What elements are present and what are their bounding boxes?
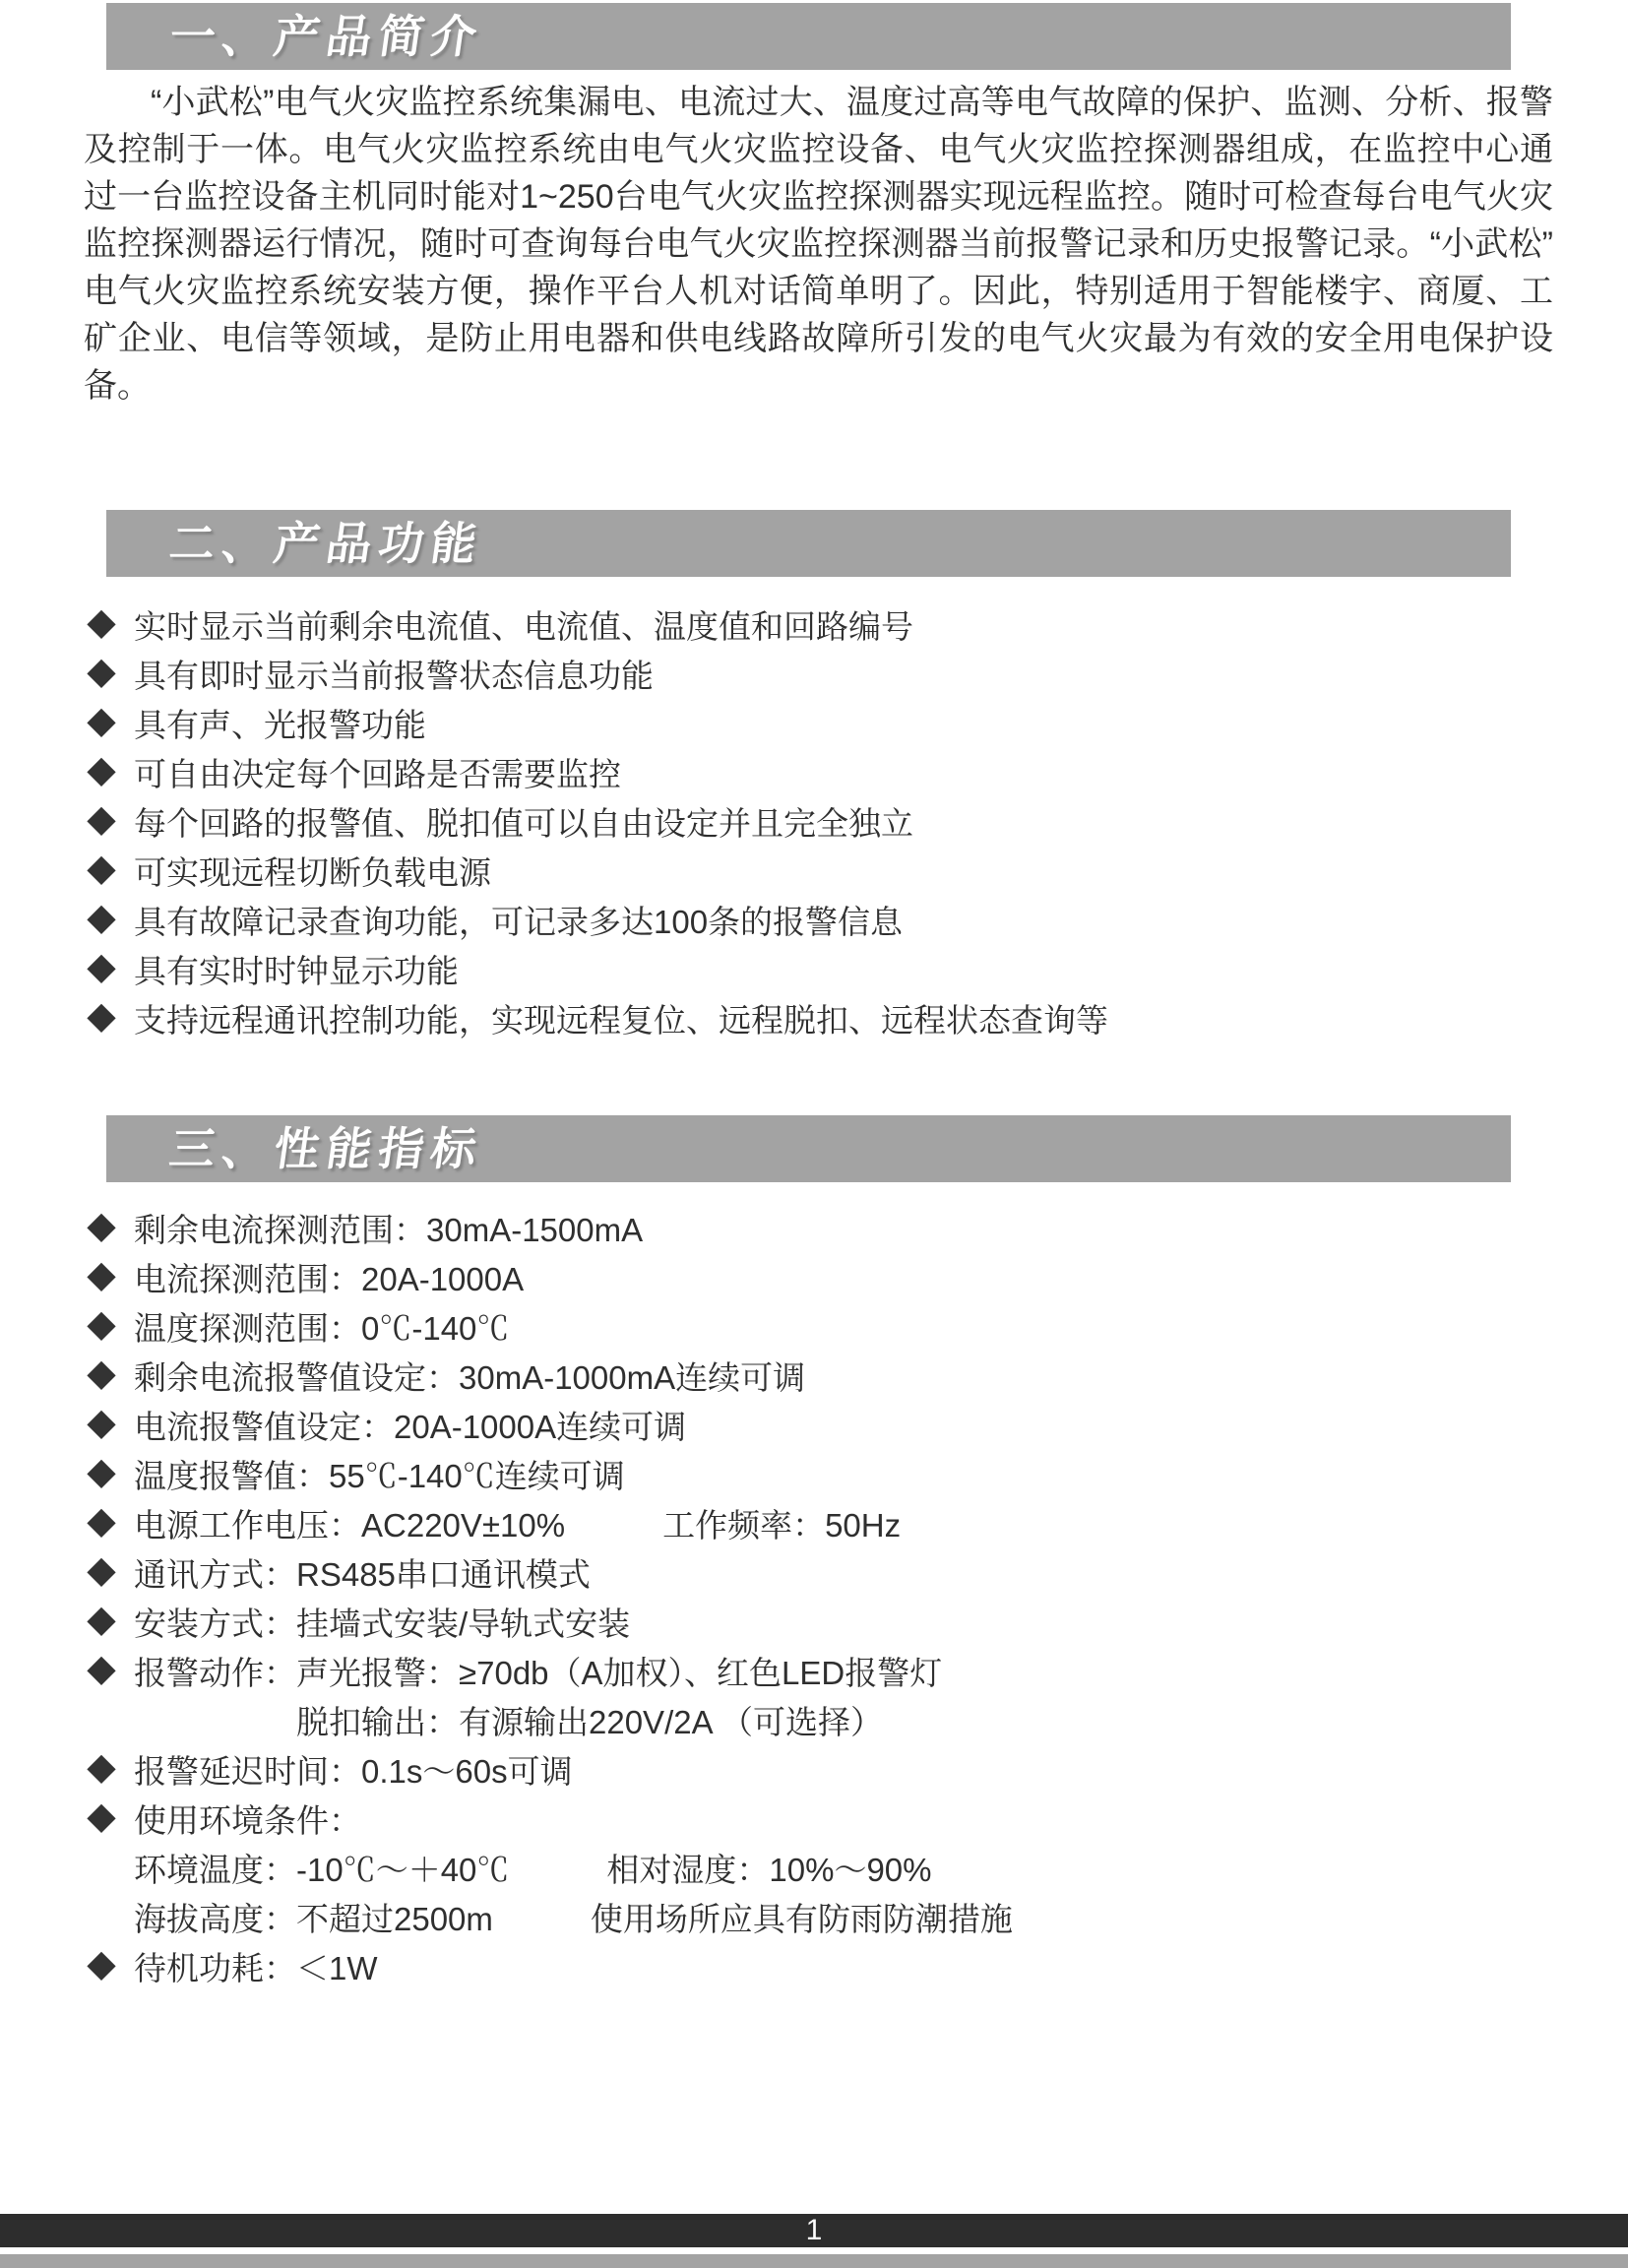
- diamond-bullet-icon: ◆: [87, 1304, 116, 1354]
- bottom-strip: [0, 2254, 1628, 2268]
- spec-item-continuation: 环境温度：-10℃～＋40℃ 相对湿度：10%～90%: [87, 1846, 1573, 1895]
- spec-item: ◆电流探测范围：20A-1000A: [87, 1255, 1573, 1304]
- feature-item: ◆每个回路的报警值、脱扣值可以自由设定并且完全独立: [87, 799, 1573, 849]
- spec-item-text: 通讯方式：RS485串口通讯模式: [134, 1556, 591, 1593]
- spec-item: ◆温度报警值：55℃-140℃连续可调: [87, 1452, 1573, 1501]
- diamond-bullet-icon: ◆: [87, 1796, 116, 1846]
- spec-item-text: 温度探测范围：0℃-140℃: [134, 1310, 509, 1347]
- diamond-bullet-icon: ◆: [87, 1600, 116, 1649]
- diamond-bullet-icon: ◆: [87, 1403, 116, 1452]
- spec-item-continuation: 脱扣输出：有源输出220V/2A （可选择）: [87, 1698, 1573, 1747]
- spec-item: ◆报警动作：声光报警：≥70db（A加权）、红色LED报警灯: [87, 1649, 1573, 1698]
- spec-item: ◆使用环境条件：: [87, 1796, 1573, 1846]
- diamond-bullet-icon: ◆: [87, 1452, 116, 1501]
- spec-item-text: 电流探测范围：20A-1000A: [134, 1261, 524, 1297]
- spec-list: ◆剩余电流探测范围：30mA-1500mA ◆电流探测范围：20A-1000A …: [87, 1206, 1573, 1993]
- spec-item: ◆电流报警值设定：20A-1000A连续可调: [87, 1403, 1573, 1452]
- diamond-bullet-icon: ◆: [87, 1550, 116, 1600]
- spec-item: ◆安装方式：挂墙式安装/导轨式安装: [87, 1600, 1573, 1649]
- diamond-bullet-icon: ◆: [87, 1206, 116, 1255]
- spec-item-text: 报警动作：声光报警：≥70db（A加权）、红色LED报警灯: [134, 1655, 942, 1691]
- section-header-intro: 一、产品简介: [106, 3, 1511, 70]
- feature-item-text: 具有即时显示当前报警状态信息功能: [134, 658, 654, 694]
- feature-item: ◆具有声、光报警功能: [87, 701, 1573, 750]
- spec-item-text: 脱扣输出：有源输出220V/2A （可选择）: [296, 1698, 883, 1747]
- spec-item-text: 安装方式：挂墙式安装/导轨式安装: [134, 1606, 630, 1642]
- feature-item-text: 具有声、光报警功能: [134, 707, 426, 743]
- spec-item: ◆报警延迟时间：0.1s～60s可调: [87, 1747, 1573, 1796]
- spec-item: ◆通讯方式：RS485串口通讯模式: [87, 1550, 1573, 1600]
- feature-item: ◆可实现远程切断负载电源: [87, 849, 1573, 898]
- diamond-bullet-icon: ◆: [87, 898, 116, 947]
- feature-item: ◆支持远程通讯控制功能，实现远程复位、远程脱扣、远程状态查询等: [87, 996, 1573, 1045]
- spec-item: ◆剩余电流探测范围：30mA-1500mA: [87, 1206, 1573, 1255]
- spec-item-text: 电流报警值设定：20A-1000A连续可调: [134, 1409, 686, 1445]
- spec-item-text: 报警延迟时间：0.1s～60s可调: [134, 1753, 573, 1790]
- feature-item: ◆具有即时显示当前报警状态信息功能: [87, 652, 1573, 701]
- spec-item-text: 剩余电流报警值设定：30mA-1000mA连续可调: [134, 1359, 805, 1396]
- diamond-bullet-icon: ◆: [87, 1944, 116, 1993]
- diamond-bullet-icon: ◆: [87, 750, 116, 799]
- feature-item-text: 支持远程通讯控制功能，实现远程复位、远程脱扣、远程状态查询等: [134, 1002, 1108, 1039]
- feature-item-text: 可自由决定每个回路是否需要监控: [134, 756, 621, 792]
- feature-item: ◆实时显示当前剩余电流值、电流值、温度值和回路编号: [87, 602, 1573, 652]
- diamond-bullet-icon: ◆: [87, 652, 116, 701]
- feature-item-text: 具有故障记录查询功能，可记录多达100条的报警信息: [134, 904, 903, 940]
- spec-item: ◆电源工作电压：AC220V±10% 工作频率：50Hz: [87, 1501, 1573, 1550]
- spec-item-text: 海拔高度：不超过2500m 使用场所应具有防雨防潮措施: [134, 1901, 1013, 1937]
- diamond-bullet-icon: ◆: [87, 799, 116, 849]
- spec-item-text: 使用环境条件：: [134, 1802, 361, 1839]
- spec-item-text: 电源工作电压：AC220V±10% 工作频率：50Hz: [134, 1507, 901, 1543]
- diamond-bullet-icon: ◆: [87, 996, 116, 1045]
- spec-item-text: 温度报警值：55℃-140℃连续可调: [134, 1458, 625, 1494]
- diamond-bullet-icon: ◆: [87, 1255, 116, 1304]
- diamond-bullet-icon: ◆: [87, 602, 116, 652]
- diamond-bullet-icon: ◆: [87, 1501, 116, 1550]
- diamond-bullet-icon: ◆: [87, 701, 116, 750]
- diamond-bullet-icon: ◆: [87, 1649, 116, 1698]
- section-header-features: 二、产品功能: [106, 510, 1511, 577]
- section-title-intro: 一、产品简介: [106, 3, 488, 70]
- spec-item: ◆温度探测范围：0℃-140℃: [87, 1304, 1573, 1354]
- diamond-bullet-icon: ◆: [87, 849, 116, 898]
- spec-item: ◆待机功耗：＜1W: [87, 1944, 1573, 1993]
- spec-item-continuation: 海拔高度：不超过2500m 使用场所应具有防雨防潮措施: [87, 1895, 1573, 1944]
- section-title-features: 二、产品功能: [106, 510, 488, 577]
- diamond-bullet-icon: ◆: [87, 1354, 116, 1403]
- spec-item: ◆剩余电流报警值设定：30mA-1000mA连续可调: [87, 1354, 1573, 1403]
- feature-item-text: 每个回路的报警值、脱扣值可以自由设定并且完全独立: [134, 805, 913, 842]
- diamond-bullet-icon: ◆: [87, 947, 116, 996]
- spec-item-text: 环境温度：-10℃～＋40℃ 相对湿度：10%～90%: [134, 1852, 932, 1888]
- feature-item-text: 具有实时时钟显示功能: [134, 953, 459, 989]
- diamond-bullet-icon: ◆: [87, 1747, 116, 1796]
- feature-item-text: 实时显示当前剩余电流值、电流值、温度值和回路编号: [134, 608, 913, 645]
- feature-list: ◆实时显示当前剩余电流值、电流值、温度值和回路编号 ◆具有即时显示当前报警状态信…: [87, 602, 1573, 1045]
- feature-item: ◆具有故障记录查询功能，可记录多达100条的报警信息: [87, 898, 1573, 947]
- feature-item-text: 可实现远程切断负载电源: [134, 854, 491, 891]
- footer-page-bar: 1: [0, 2214, 1628, 2247]
- document-page: 一、产品简介 “小武松”电气火灾监控系统集漏电、电流过大、温度过高等电气故障的保…: [0, 0, 1628, 2268]
- feature-item: ◆具有实时时钟显示功能: [87, 947, 1573, 996]
- spec-item-text: 待机功耗：＜1W: [134, 1950, 378, 1986]
- page-number: 1: [806, 2214, 823, 2246]
- section-header-specs: 三、性能指标: [106, 1115, 1511, 1182]
- feature-item: ◆可自由决定每个回路是否需要监控: [87, 750, 1573, 799]
- spec-item-text: 剩余电流探测范围：30mA-1500mA: [134, 1212, 643, 1248]
- intro-paragraph: “小武松”电气火灾监控系统集漏电、电流过大、温度过高等电气故障的保护、监测、分析…: [84, 79, 1553, 409]
- section-title-specs: 三、性能指标: [106, 1115, 488, 1182]
